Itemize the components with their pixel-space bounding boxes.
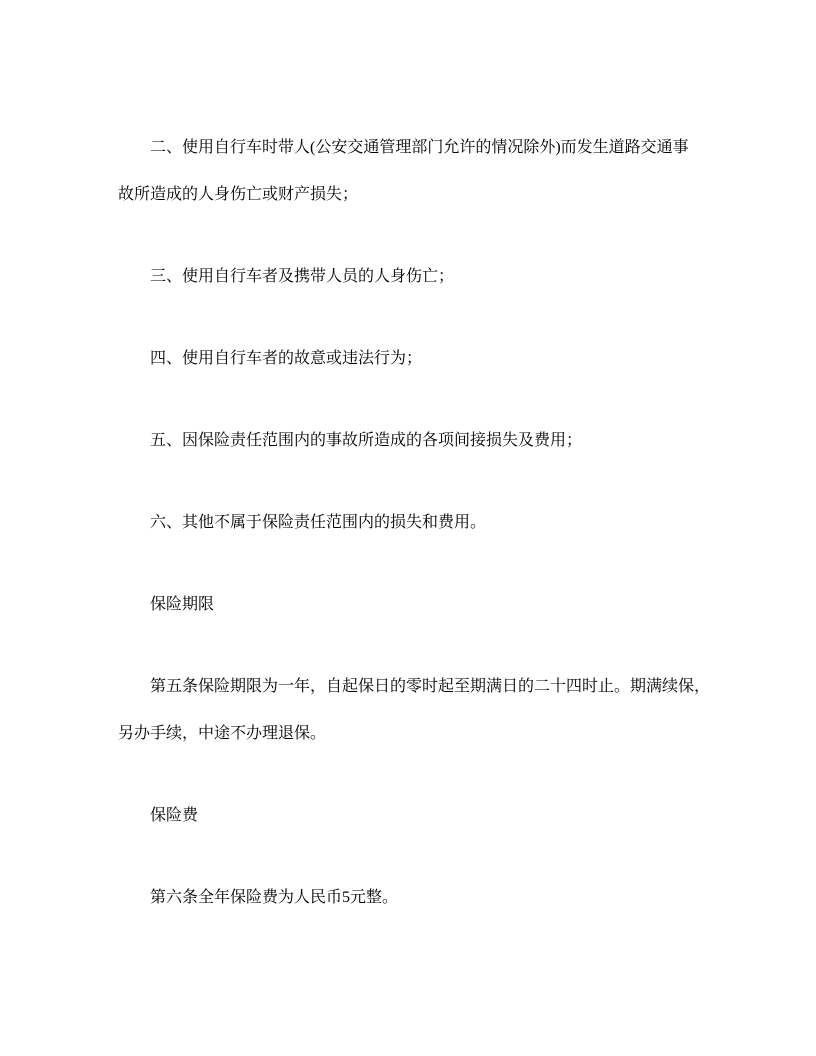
section-heading-premium: 保险费 [118, 792, 698, 839]
clause-6-line-1: 六、其他不属于保险责任范围内的损失和费用。 [118, 499, 698, 546]
clause-5-paragraph: 五、因保险责任范围内的事故所造成的各项间接损失及费用； [118, 417, 698, 464]
section-heading-insurance-period: 保险期限 [118, 581, 698, 628]
clause-6-paragraph: 六、其他不属于保险责任范围内的损失和费用。 [118, 499, 698, 546]
clause-4-paragraph: 四、使用自行车者的故意或违法行为； [118, 335, 698, 382]
article-5-paragraph: 第五条保险期限为一年，自起保日的零时起至期满日的二十四时止。期满续保， 另办手续… [118, 663, 698, 757]
clause-3-line-1: 三、使用自行车者及携带人员的人身伤亡； [118, 253, 698, 300]
article-6-paragraph: 第六条全年保险费为人民币5元整。 [118, 874, 698, 921]
article-5-line-1: 第五条保险期限为一年，自起保日的零时起至期满日的二十四时止。期满续保， [118, 663, 698, 710]
clause-3-paragraph: 三、使用自行车者及携带人员的人身伤亡； [118, 253, 698, 300]
clause-4-line-1: 四、使用自行车者的故意或违法行为； [118, 335, 698, 382]
article-6-line-1: 第六条全年保险费为人民币5元整。 [118, 874, 698, 921]
clause-2-line-1: 二、使用自行车时带人(公安交通管理部门允许的情况除外)而发生道路交通事 [118, 124, 698, 171]
clause-5-line-1: 五、因保险责任范围内的事故所造成的各项间接损失及费用； [118, 417, 698, 464]
heading-insurance-period-text: 保险期限 [118, 581, 698, 628]
clause-2-paragraph: 二、使用自行车时带人(公安交通管理部门允许的情况除外)而发生道路交通事 故所造成… [118, 124, 698, 218]
clause-2-line-2: 故所造成的人身伤亡或财产损失； [118, 171, 698, 218]
document-page: 二、使用自行车时带人(公安交通管理部门允许的情况除外)而发生道路交通事 故所造成… [0, 0, 816, 1056]
article-5-line-2: 另办手续，中途不办理退保。 [118, 710, 698, 757]
heading-premium-text: 保险费 [118, 792, 698, 839]
